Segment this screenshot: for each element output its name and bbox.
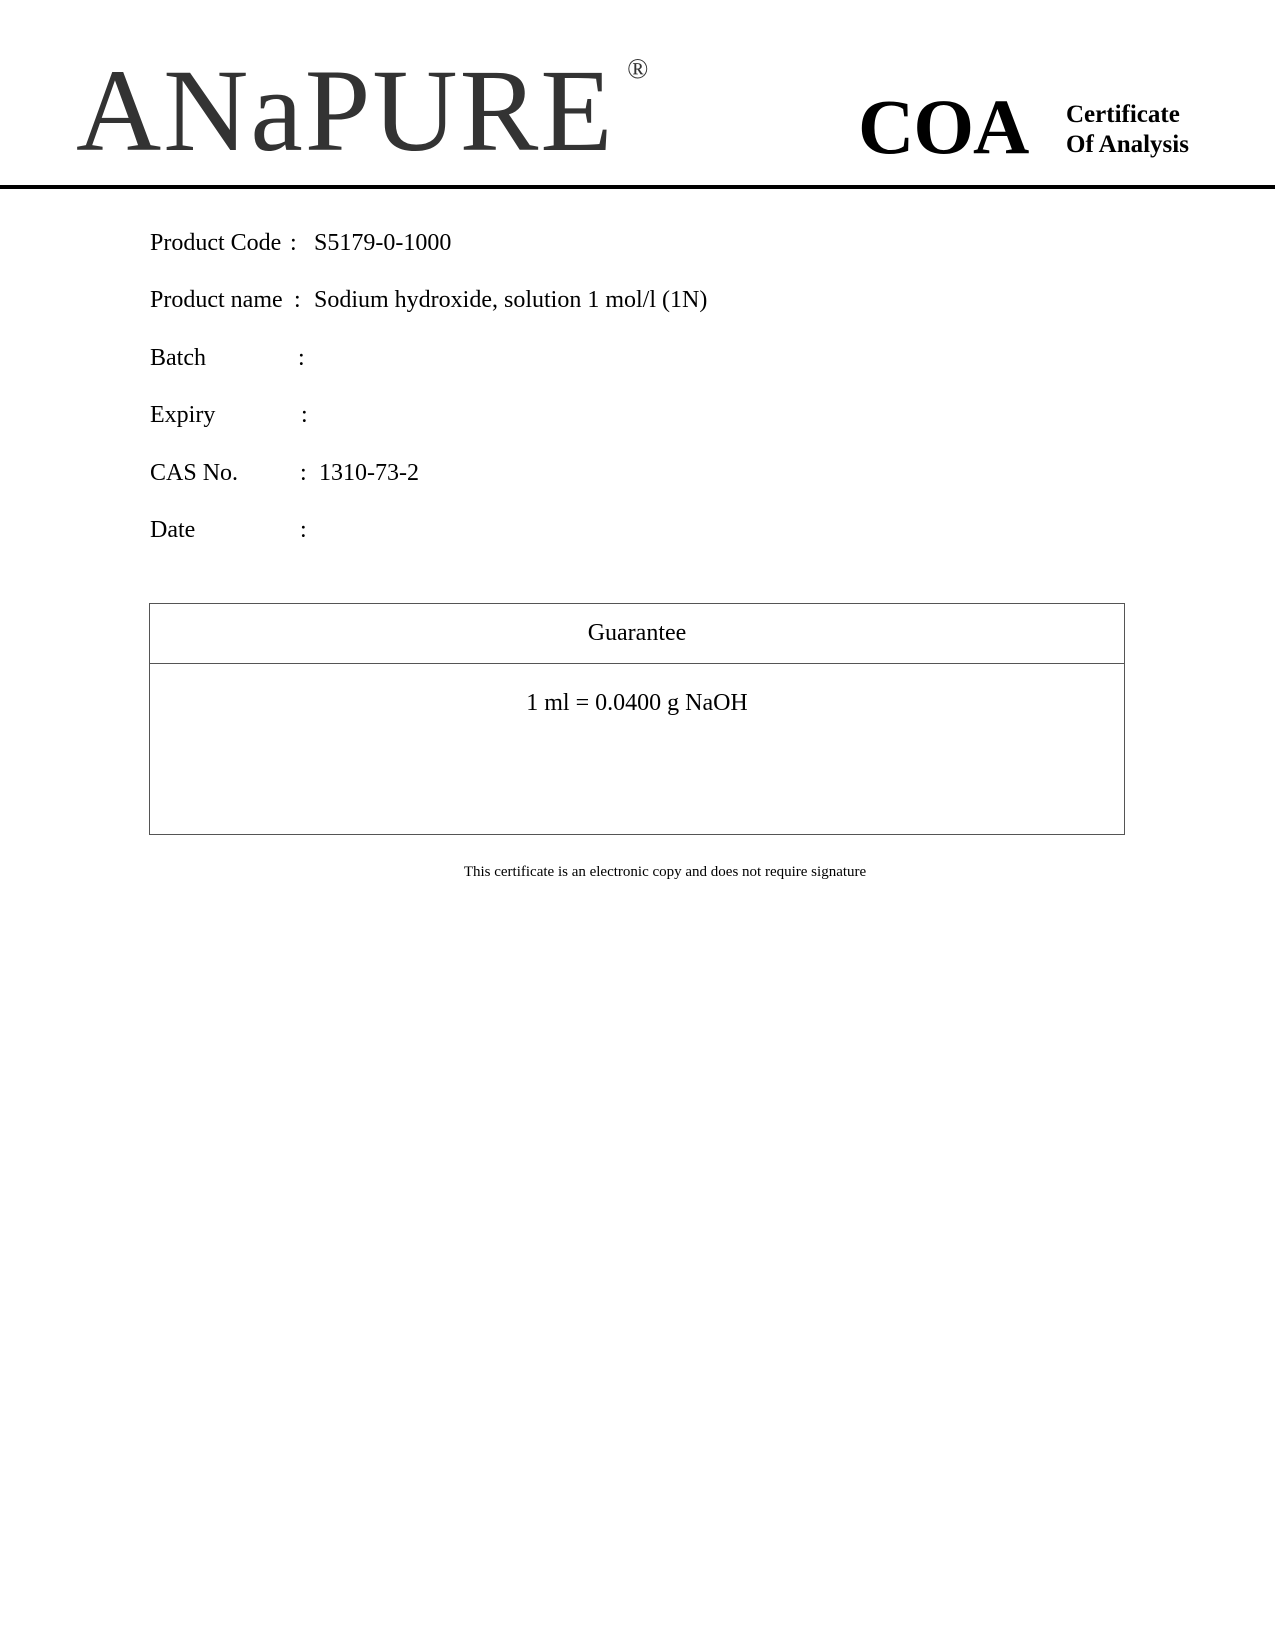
field-colon: :	[290, 229, 297, 257]
field-label: Product Code	[150, 229, 281, 257]
doc-type: COA	[858, 88, 1028, 166]
field-label: Product name	[150, 286, 283, 314]
brand-name: ANaPURE	[76, 45, 614, 176]
field-label: Batch	[150, 344, 206, 372]
doc-type-line1: Certificate	[1066, 100, 1189, 130]
field-colon: :	[300, 516, 307, 544]
electronic-copy-note: This certificate is an electronic copy a…	[0, 864, 1275, 881]
field-colon: :	[298, 344, 305, 372]
field-label: Expiry	[150, 401, 215, 429]
field-value: S5179-0-1000	[314, 229, 451, 257]
field-value: 1310-73-2	[319, 459, 419, 487]
field-colon: :	[301, 401, 308, 429]
doc-type-line2: Of Analysis	[1066, 130, 1189, 160]
header-divider	[0, 185, 1275, 189]
guarantee-table: Guarantee 1 ml = 0.0400 g NaOH	[149, 603, 1125, 835]
registered-mark: ®	[627, 56, 648, 84]
field-label: Date	[150, 516, 195, 544]
doc-type-subtitle: Certificate Of Analysis	[1066, 100, 1189, 160]
guarantee-value: 1 ml = 0.0400 g NaOH	[150, 664, 1124, 717]
field-value: Sodium hydroxide, solution 1 mol/l (1N)	[314, 286, 707, 314]
guarantee-heading: Guarantee	[150, 604, 1124, 664]
field-colon: :	[294, 286, 301, 314]
brand-logo: ANaPURE®	[76, 52, 614, 170]
field-colon: :	[300, 459, 307, 487]
field-label: CAS No.	[150, 459, 238, 487]
